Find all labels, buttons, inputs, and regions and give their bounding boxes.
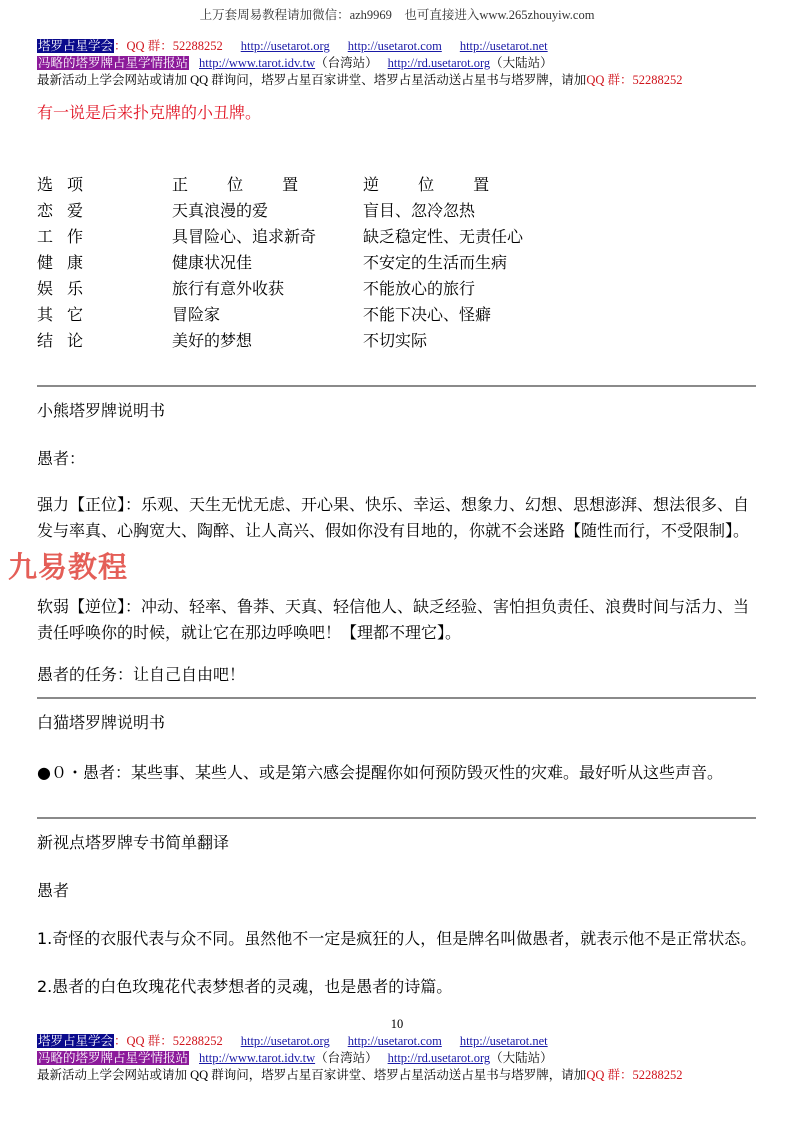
cn-station-label: （大陆站）	[490, 56, 553, 70]
row-category: 恋爱	[37, 196, 172, 222]
tw-station-label: （台湾站）	[315, 1051, 378, 1065]
newvision-section-title: 新视点塔罗牌专书简单翻译	[37, 830, 759, 856]
row-upright: 冒险家	[172, 300, 363, 326]
bear-card-name: 愚者：	[37, 446, 759, 472]
whitecat-section-title: 白猫塔罗牌说明书	[37, 710, 759, 736]
section-divider	[37, 817, 756, 819]
header-upright: 正 位 置	[172, 170, 363, 196]
watermark-logo: 九易教程	[8, 545, 128, 586]
row-category: 娱乐	[37, 274, 172, 300]
banner-row-news: 冯略的塔罗牌占星学情报站http://www.tarot.idv.tw（台湾站）…	[37, 55, 683, 72]
notice-qq: QQ 群：52288252	[586, 73, 682, 87]
banner-row-notice: 最新活动上学会网站或请加 QQ 群询问，塔罗占星百家讲堂、塔罗占星活动送占星书与…	[37, 72, 683, 89]
row-reversed: 缺乏稳定性、无责任心	[363, 222, 563, 248]
table-row: 健康 健康状况佳 不安定的生活而生病	[37, 248, 563, 274]
section-divider	[37, 697, 756, 699]
qq-group: QQ 群：52288252	[127, 39, 223, 53]
bear-task-text: 愚者的任务：让自己自由吧！	[37, 662, 759, 688]
intro-red-text: 有一说是后来扑克牌的小丑牌。	[37, 100, 261, 123]
banner-row-society: 塔罗占星学会：QQ 群：52288252http://usetarot.orgh…	[37, 38, 683, 55]
link-rd-usetarot-org[interactable]: http://rd.usetarot.org	[388, 56, 491, 70]
header-promo-note: 上万套周易教程请加微信：azh9969 也可直接进入www.265zhouyiw…	[0, 5, 794, 23]
table-row: 恋爱 天真浪漫的爱 盲目、忽冷忽热	[37, 196, 563, 222]
bear-upright-text: 强力【正位】：乐观、天生无忧无虑、开心果、快乐、幸运、想象力、幻想、思想澎湃、想…	[37, 492, 759, 544]
row-category: 健康	[37, 248, 172, 274]
notice-qq: QQ 群：52288252	[586, 1068, 682, 1082]
banner-row-notice: 最新活动上学会网站或请加 QQ 群询问，塔罗占星百家讲堂、塔罗占星活动送占星书与…	[37, 1067, 683, 1084]
table-row: 工作 具冒险心、追求新奇 缺乏稳定性、无责任心	[37, 222, 563, 248]
table-row: 娱乐 旅行有意外收获 不能放心的旅行	[37, 274, 563, 300]
newvision-item-1: 1.奇怪的衣服代表与众不同。虽然他不一定是疯狂的人，但是牌名叫做愚者，就表示他不…	[37, 926, 759, 952]
table-header-row: 选项 正 位 置 逆 位 置	[37, 170, 563, 196]
newvision-item-2: 2.愚者的白色玫瑰花代表梦想者的灵魂，也是愚者的诗篇。	[37, 974, 759, 1000]
bottom-banner: 塔罗占星学会：QQ 群：52288252http://usetarot.orgh…	[37, 1033, 683, 1084]
link-usetarot-org[interactable]: http://usetarot.org	[241, 1034, 330, 1048]
row-upright: 健康状况佳	[172, 248, 363, 274]
row-category: 结论	[37, 326, 172, 352]
news-station-label: 冯略的塔罗牌占星学情报站	[37, 56, 189, 70]
banner-row-society: 塔罗占星学会：QQ 群：52288252http://usetarot.orgh…	[37, 1033, 683, 1050]
banner-row-news: 冯略的塔罗牌占星学情报站http://www.tarot.idv.tw（台湾站）…	[37, 1050, 683, 1067]
society-label: 塔罗占星学会	[37, 39, 114, 53]
notice-text: 最新活动上学会网站或请加 QQ 群询问，塔罗占星百家讲堂、塔罗占星活动送占星书与…	[37, 73, 586, 87]
newvision-card-name: 愚者	[37, 878, 759, 904]
row-reversed: 不安定的生活而生病	[363, 248, 563, 274]
row-upright: 美好的梦想	[172, 326, 363, 352]
section-divider	[37, 385, 756, 387]
header-option: 选项	[37, 170, 172, 196]
link-usetarot-com[interactable]: http://usetarot.com	[348, 1034, 442, 1048]
row-category: 其它	[37, 300, 172, 326]
options-table: 选项 正 位 置 逆 位 置 恋爱 天真浪漫的爱 盲目、忽冷忽热 工作 具冒险心…	[37, 170, 563, 352]
row-upright: 旅行有意外收获	[172, 274, 363, 300]
header-reversed: 逆 位 置	[363, 170, 563, 196]
link-usetarot-net[interactable]: http://usetarot.net	[460, 39, 548, 53]
page-number: 10	[0, 1017, 794, 1032]
cn-station-label: （大陆站）	[490, 1051, 553, 1065]
news-station-label: 冯略的塔罗牌占星学情报站	[37, 1051, 189, 1065]
link-usetarot-net[interactable]: http://usetarot.net	[460, 1034, 548, 1048]
colon: ：	[114, 39, 127, 53]
table-row: 结论 美好的梦想 不切实际	[37, 326, 563, 352]
society-label: 塔罗占星学会	[37, 1034, 114, 1048]
row-category: 工作	[37, 222, 172, 248]
link-tarot-idv-tw[interactable]: http://www.tarot.idv.tw	[199, 56, 315, 70]
row-reversed: 盲目、忽冷忽热	[363, 196, 563, 222]
link-usetarot-com[interactable]: http://usetarot.com	[348, 39, 442, 53]
colon: ：	[114, 1034, 127, 1048]
notice-text: 最新活动上学会网站或请加 QQ 群询问，塔罗占星百家讲堂、塔罗占星活动送占星书与…	[37, 1068, 586, 1082]
row-upright: 具冒险心、追求新奇	[172, 222, 363, 248]
whitecat-text: ●０・愚者：某些事、某些人、或是第六感会提醒你如何预防毁灭性的灾难。最好听从这些…	[37, 760, 759, 786]
row-upright: 天真浪漫的爱	[172, 196, 363, 222]
row-reversed: 不切实际	[363, 326, 563, 352]
link-usetarot-org[interactable]: http://usetarot.org	[241, 39, 330, 53]
link-tarot-idv-tw[interactable]: http://www.tarot.idv.tw	[199, 1051, 315, 1065]
bear-reversed-text: 软弱【逆位】：冲动、轻率、鲁莽、天真、轻信他人、缺乏经验、害怕担负责任、浪费时间…	[37, 594, 759, 646]
top-banner: 塔罗占星学会：QQ 群：52288252http://usetarot.orgh…	[37, 38, 683, 89]
link-rd-usetarot-org[interactable]: http://rd.usetarot.org	[388, 1051, 491, 1065]
row-reversed: 不能放心的旅行	[363, 274, 563, 300]
table-row: 其它 冒险家 不能下决心、怪癖	[37, 300, 563, 326]
qq-group: QQ 群：52288252	[127, 1034, 223, 1048]
bear-section-title: 小熊塔罗牌说明书	[37, 398, 759, 424]
row-reversed: 不能下决心、怪癖	[363, 300, 563, 326]
tw-station-label: （台湾站）	[315, 56, 378, 70]
